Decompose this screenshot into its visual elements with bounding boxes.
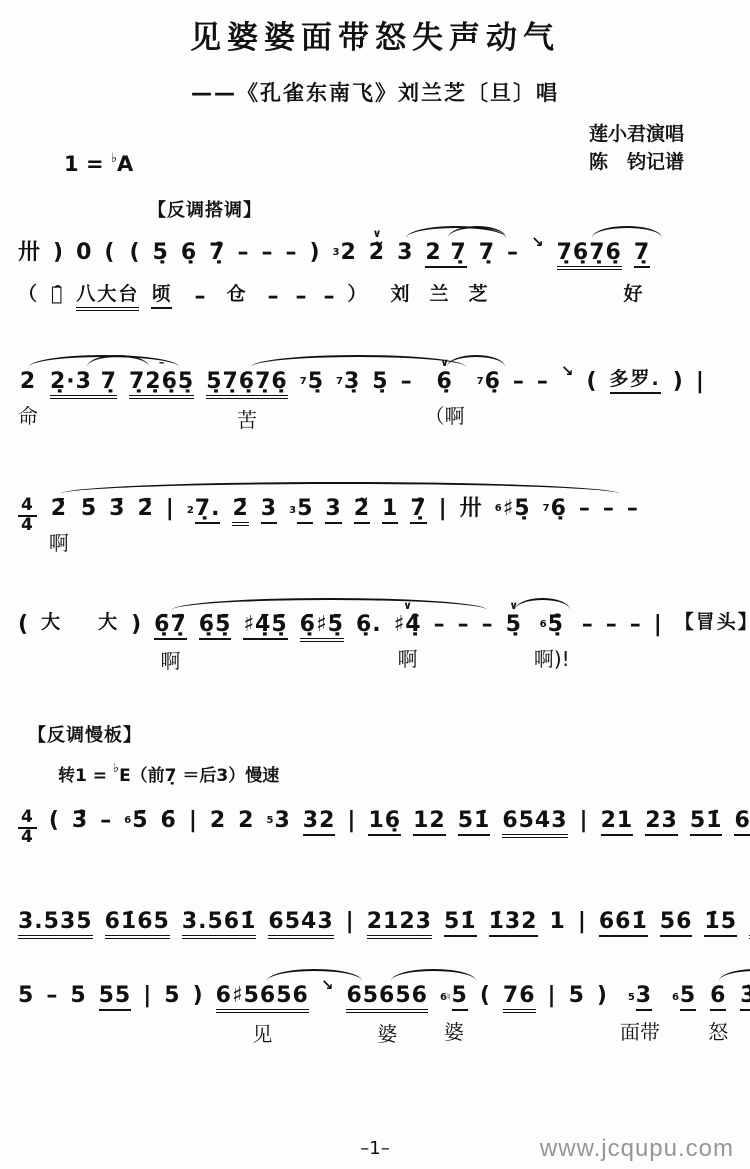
note: –: [606, 598, 618, 671]
note: 1̇32: [489, 895, 538, 937]
glyph: 6̣̄7̣̄: [154, 613, 187, 640]
note: 2̄: [137, 482, 153, 555]
music-line-5: 44 ( 3̑ – 65̄ 6̄ | 2 2 53 32 | 16̣ 12 51…: [0, 794, 750, 849]
spacer: [328, 270, 332, 285]
glyph: 56: [660, 910, 693, 937]
glyph: 2̃: [354, 497, 370, 524]
glyph: 5: [297, 497, 313, 524]
barline: |: [580, 794, 589, 834]
music-line-2: 2命 2̣·3 7̣ –7̣2̣6̣5̣ 5̣7̣6̣7̣6̣苦 75̣ 73̣…: [0, 355, 750, 432]
credits: 莲小君演唱 陈 钧记谱: [589, 121, 684, 176]
lyric-text: [298, 529, 304, 557]
spacer: [87, 482, 91, 497]
note: 2: [238, 794, 254, 834]
note: ∨2̃: [369, 226, 385, 266]
lyric-text: [509, 527, 515, 555]
glyph: –: [630, 613, 642, 638]
spacer: [656, 598, 660, 613]
note: 16̣: [368, 794, 401, 836]
glyph: (: [129, 241, 140, 266]
glyph: 5̣: [506, 613, 522, 638]
note: (: [480, 969, 491, 1042]
glyph: 7̣6̣7̣6̣: [557, 241, 622, 270]
lyric-text: [681, 1016, 687, 1044]
note: –: [582, 598, 594, 671]
glyph: 6♯5656: [216, 984, 309, 1013]
spacer: [601, 969, 605, 984]
glyph: 2: [210, 809, 226, 834]
note-with-lyric: 6̣̄7̣̄啊: [154, 598, 187, 673]
lyric-text: [468, 527, 474, 555]
glyph: |: [654, 613, 663, 638]
ornament-mark: ∨: [440, 355, 449, 370]
lyric-text: 苦: [237, 404, 257, 432]
spacer: [441, 482, 445, 497]
glyph: 6̣: [436, 370, 452, 395]
glyph: |: [578, 910, 587, 935]
lyric-text: [158, 404, 164, 432]
note: 3̃: [740, 969, 750, 1044]
note: 5̣: [153, 226, 169, 266]
meta-row: 1 = ♭A 莲小君演唱 陈 钧记谱: [0, 121, 750, 176]
barline: |: [578, 895, 587, 935]
glyph: ♯4̣̑: [394, 613, 422, 638]
spacer: [586, 598, 590, 613]
note-with-lyric: 6怒: [708, 969, 728, 1044]
lyric-text: [511, 643, 517, 671]
spacer: [77, 969, 81, 984]
glyph: 3: [274, 809, 290, 834]
glyph: 5̣: [153, 241, 169, 266]
note: 76: [503, 969, 536, 1046]
spacer: [272, 270, 276, 285]
glyph: 16̣: [368, 809, 401, 836]
lyric-text: [697, 400, 703, 428]
spacer: [300, 270, 304, 285]
glyph: 多罗.: [610, 370, 661, 394]
music-line-7: 5 – 5 55 | 5 ) 6♯5656见 ↘ 65656婆 6♮5婆 ( 7…: [0, 969, 750, 1046]
lyric-text: [212, 645, 218, 673]
spacer: [719, 895, 723, 910]
spacer: [511, 482, 515, 497]
glyph: 5: [569, 984, 585, 1009]
lyric-text: [167, 527, 173, 555]
note: 6̣̄♯5̣̄: [300, 598, 344, 675]
note: –: [267, 270, 279, 310]
note: 6♯5̣: [495, 482, 531, 555]
spacer: [472, 794, 476, 809]
spacer: [115, 482, 119, 497]
note: 6̣.: [356, 598, 382, 671]
music-line-6: 3.535 61̇65 3.561̇ 6543 | 2123 51̇ 1̇32 …: [0, 895, 750, 939]
note: –: [537, 355, 549, 428]
note: ): [131, 598, 142, 671]
lyric-text: [403, 400, 409, 428]
note: –: [323, 270, 335, 310]
lyric-text: [266, 529, 272, 557]
section-label: 【反调慢板】: [28, 721, 750, 747]
note: –: [630, 598, 642, 671]
glyph: –: [582, 613, 594, 638]
time-signature: 44: [18, 482, 37, 570]
glyph: 6̣.: [356, 613, 382, 638]
spacer: [640, 226, 644, 241]
spacer: [615, 794, 619, 809]
lyric-text: 啊)!: [534, 643, 570, 671]
note: 3: [397, 226, 413, 266]
glyph: –: [194, 285, 206, 310]
note: 1̇5: [704, 895, 737, 937]
spacer: [135, 598, 139, 613]
note: ）: [347, 270, 368, 307]
note: 7̣̑: [209, 226, 225, 266]
glyph: 2123: [367, 910, 432, 939]
spacer: [317, 794, 321, 809]
glyph: ♯5̣: [503, 497, 531, 522]
spacer: [171, 969, 175, 984]
glyph: –: [513, 370, 525, 395]
note: –: [458, 598, 470, 671]
ornament-mark: –: [159, 355, 165, 370]
spacer: [517, 969, 521, 984]
glyph: |: [580, 809, 589, 834]
note: 嘟̑: [51, 270, 64, 307]
note: 51̇: [458, 794, 491, 836]
page-title: 见婆婆面带怒失声动气: [0, 0, 750, 57]
spacer: [487, 355, 491, 370]
lyric-text: （啊: [425, 400, 465, 428]
note: 6543: [268, 895, 333, 939]
credit-singer: 莲小君演唱: [589, 121, 684, 149]
glyph: 2̃: [369, 241, 385, 266]
note: 32: [303, 794, 336, 836]
note: 55: [99, 969, 132, 1044]
glyph: 1̇32: [489, 910, 538, 937]
note: 7̣: [479, 226, 495, 266]
spacer: [458, 895, 462, 910]
spacer: [367, 598, 371, 613]
grace-note: 6: [124, 815, 131, 826]
spacer: [169, 598, 173, 613]
note: 顷: [151, 270, 172, 309]
glyph: –: [458, 613, 470, 638]
glyph: 1̇5: [704, 910, 737, 937]
glyph: –: [606, 613, 618, 638]
glyph: –: [401, 370, 413, 395]
glyph: 6̣: [551, 497, 567, 522]
lyric-text: [540, 400, 546, 428]
lyric-text: [324, 1007, 330, 1035]
spacer: [438, 598, 442, 613]
spacer: [550, 598, 554, 613]
glyph: ↘: [531, 235, 545, 253]
note: ): [597, 969, 608, 1042]
barline: |: [166, 482, 175, 555]
note: 3̑: [72, 794, 88, 834]
note: –: [194, 270, 206, 310]
spacer: [469, 482, 473, 497]
lyric-text: [359, 529, 365, 557]
spacer: [196, 969, 200, 984]
lyric-text: [345, 400, 351, 428]
note: 51̇: [444, 895, 477, 937]
score-page: 见婆婆面带怒失声动气 ——《孔雀东南飞》刘兰芝〔旦〕唱 1 = ♭A 莲小君演唱…: [0, 0, 750, 1169]
grace-note: 3: [289, 505, 296, 516]
lyric-text: [415, 529, 421, 557]
grace-note: 6♮: [440, 992, 451, 1003]
grace-note: 5: [266, 815, 273, 826]
glyph: (: [480, 984, 491, 1009]
lyric-text: [20, 643, 26, 671]
note: 1: [382, 482, 398, 557]
glyph: 卅: [460, 497, 483, 522]
note: 7̣̑: [410, 482, 426, 557]
note: 12: [413, 794, 446, 836]
glyph: 6̣: [485, 370, 501, 395]
lyric-text: [48, 640, 54, 668]
glyph: 5: [452, 984, 468, 1011]
note: ): [193, 969, 204, 1042]
glyph: 刘: [390, 285, 411, 307]
spacer: [346, 355, 350, 370]
grace-note: 7: [300, 376, 307, 387]
spacer: [383, 794, 387, 809]
note: 5: [164, 969, 180, 1042]
spacer: [634, 598, 638, 613]
glyph: –: [482, 613, 494, 638]
spacer: [676, 355, 680, 370]
note-with-lyric: 2̄啊: [49, 482, 69, 555]
spacer: [590, 355, 594, 370]
glyph: 3: [636, 984, 652, 1011]
spacer: [167, 794, 171, 809]
slur-arc: [592, 226, 662, 238]
spacer: [159, 226, 163, 241]
note: 23: [645, 794, 678, 836]
score-body: 【反调搭调】 卅 ) 0 ( ( 5̣ 6̣ 7̣̑ – – – ) 32∨2̃…: [0, 196, 750, 1046]
lyric-text: [460, 643, 466, 671]
glyph: 12: [413, 809, 446, 836]
spacer: [553, 482, 557, 497]
percussion-label: 【冒头】: [675, 598, 750, 668]
note: ♯4̣̄5̣̄: [243, 598, 287, 673]
lyric-text: [262, 645, 268, 673]
glyph: 2: [238, 809, 254, 834]
glyph: 21: [601, 809, 634, 836]
note: –: [627, 482, 639, 555]
spacer: [146, 969, 150, 984]
lyric-text: [675, 400, 681, 428]
note-with-lyric: 53面带: [620, 969, 660, 1044]
note: –: [100, 794, 112, 834]
note: 2123: [367, 895, 432, 939]
slur-arc: [448, 226, 506, 238]
note: 刘: [390, 270, 411, 307]
spacer: [191, 794, 195, 809]
glyph: 3̃: [740, 984, 750, 1011]
spacer: [533, 794, 537, 809]
note: 661̇: [599, 895, 648, 937]
note: –: [507, 226, 519, 266]
music-line-3: 44 2̄啊 5̄ 3̄ 2̄ | 27̣. 2̄ 3 35 3 2̃ 1 7̣…: [0, 482, 750, 570]
barline: |: [439, 482, 448, 555]
music-line-4: ( 大 大 ) 6̣̄7̣̄啊 6̣̄5̣̄ ♯4̣̄5̣̄ 6̣̄♯5̣̄ 6…: [0, 598, 750, 675]
lyric-text: [585, 643, 591, 671]
note: 2 7̣: [425, 226, 466, 268]
spacer: [113, 969, 117, 984]
note: 75̣: [300, 355, 324, 428]
glyph: 2: [20, 370, 36, 395]
note: 兰: [430, 270, 451, 307]
lyric-text: [632, 399, 638, 427]
lyric-text: [606, 527, 612, 555]
lyric-text: [112, 1016, 118, 1044]
spacer: [144, 482, 148, 497]
glyph: 5̣: [372, 370, 388, 395]
spacer: [239, 482, 243, 497]
note: (: [104, 226, 115, 266]
spacer: [587, 226, 591, 241]
key-tonic: A: [117, 152, 133, 176]
glyph: –: [537, 370, 549, 395]
glyph: 44: [18, 497, 37, 537]
note: 5: [569, 969, 585, 1042]
spacer: [313, 226, 317, 241]
note: 61̇65: [105, 895, 170, 939]
glyph: 0: [76, 241, 92, 266]
spacer: [133, 226, 137, 241]
lyric-text: [565, 393, 571, 421]
note: –: [401, 355, 413, 428]
spacer: [541, 355, 545, 370]
spacer: [511, 226, 515, 241]
spacer: [716, 969, 720, 984]
note: 2̣·3 7̣: [50, 355, 117, 432]
note: （: [18, 270, 39, 307]
note: 6̣̄5̣̄: [199, 598, 232, 673]
note-with-lyric: ∨6̣（啊: [425, 355, 465, 428]
note: 5̄: [81, 482, 97, 555]
glyph: |: [166, 497, 175, 522]
note: 芝: [469, 270, 490, 307]
ornament-mark: ∨: [372, 226, 381, 241]
glyph: 3.535: [18, 910, 93, 939]
note: 21: [601, 794, 634, 836]
glyph: ): [193, 984, 204, 1009]
glyph: 2̣·3 7̣: [50, 370, 117, 399]
glyph: 5: [70, 984, 86, 1009]
grace-note: 6: [672, 992, 679, 1003]
spacer: [202, 482, 206, 497]
note: 76̣: [477, 355, 501, 428]
glyph: 5̄: [81, 497, 97, 522]
note: 2: [210, 794, 226, 834]
grace-note: 7: [336, 376, 343, 387]
glyph: 32: [303, 809, 336, 836]
note: 32: [333, 226, 357, 266]
glyph: 65656: [346, 984, 428, 1013]
lyric-text: [482, 1014, 488, 1042]
note-with-lyric: 2命: [18, 355, 38, 428]
barline: |: [143, 969, 152, 1042]
glyph: 6543: [268, 910, 333, 939]
note: ): [53, 226, 64, 266]
lyric-text: [589, 400, 595, 428]
glyph: ): [309, 241, 320, 266]
lyric-text: [377, 400, 383, 428]
lyric-text: [655, 643, 661, 671]
tempo-marking: 转1 = ♭E（前7̣ ＝后3）慢速: [58, 761, 750, 786]
spacer: [78, 794, 82, 809]
glyph: ): [673, 370, 684, 395]
note: 2̄: [232, 482, 248, 559]
spacer: [360, 482, 364, 497]
glyph: 2̄: [137, 497, 153, 522]
spacer: [332, 482, 336, 497]
note: (: [586, 355, 597, 428]
glyph: 61̇65: [105, 910, 170, 939]
glyph: 【冒头】: [675, 613, 750, 635]
note: (: [129, 226, 140, 266]
lyric-text: [574, 1014, 580, 1042]
glyph: 3: [261, 497, 277, 524]
lyric-text: [366, 643, 372, 671]
spacer: [444, 226, 448, 241]
glyph: 兰: [430, 285, 451, 307]
spacer: [215, 226, 219, 241]
note: (: [49, 794, 60, 834]
free-meter-mark: 卅: [460, 482, 483, 555]
lyric-text: 婆: [377, 1018, 397, 1046]
note: 多罗.: [610, 355, 661, 427]
spacer: [217, 895, 221, 910]
barline: |: [548, 969, 557, 1042]
glyph: 5: [680, 984, 696, 1011]
note: 7̣: [634, 226, 650, 268]
lyric-text: 怒: [708, 1016, 728, 1044]
lyric-text: [582, 527, 588, 555]
glyph: 55: [99, 984, 132, 1011]
lyric-text: [440, 527, 446, 555]
grace-note: 7: [477, 376, 484, 387]
note: ): [309, 226, 320, 266]
glyph: 3.561̇: [182, 910, 257, 939]
glyph: –: [100, 809, 112, 834]
spacer: [242, 226, 246, 241]
glyph: –: [603, 497, 615, 522]
barline: |: [696, 355, 705, 428]
lyric-line-1: （ 嘟̑ 八大台 顷 – 仓 – – – ） 刘 兰 芝 好: [0, 270, 750, 311]
note: 605: [734, 794, 750, 836]
lyric-text: [609, 643, 615, 671]
spacer: [216, 794, 220, 809]
glyph: 6̣̄5̣̄: [199, 613, 232, 640]
note: 53: [266, 794, 290, 834]
glyph: 23: [645, 809, 678, 836]
glyph: 7̣̑: [209, 241, 225, 266]
spacer: [621, 895, 625, 910]
glyph: 5: [164, 984, 180, 1009]
glyph: 7̣̑: [410, 497, 426, 524]
key-signature: 1 = ♭A: [64, 151, 133, 176]
glyph: |: [189, 809, 198, 834]
watermark: www.jcqupu.com: [540, 1135, 734, 1163]
spacer: [607, 482, 611, 497]
slide-down-mark: ↘: [321, 969, 335, 1035]
spacer: [550, 969, 554, 984]
spacer: [379, 355, 383, 370]
glyph: –: [46, 984, 58, 1009]
